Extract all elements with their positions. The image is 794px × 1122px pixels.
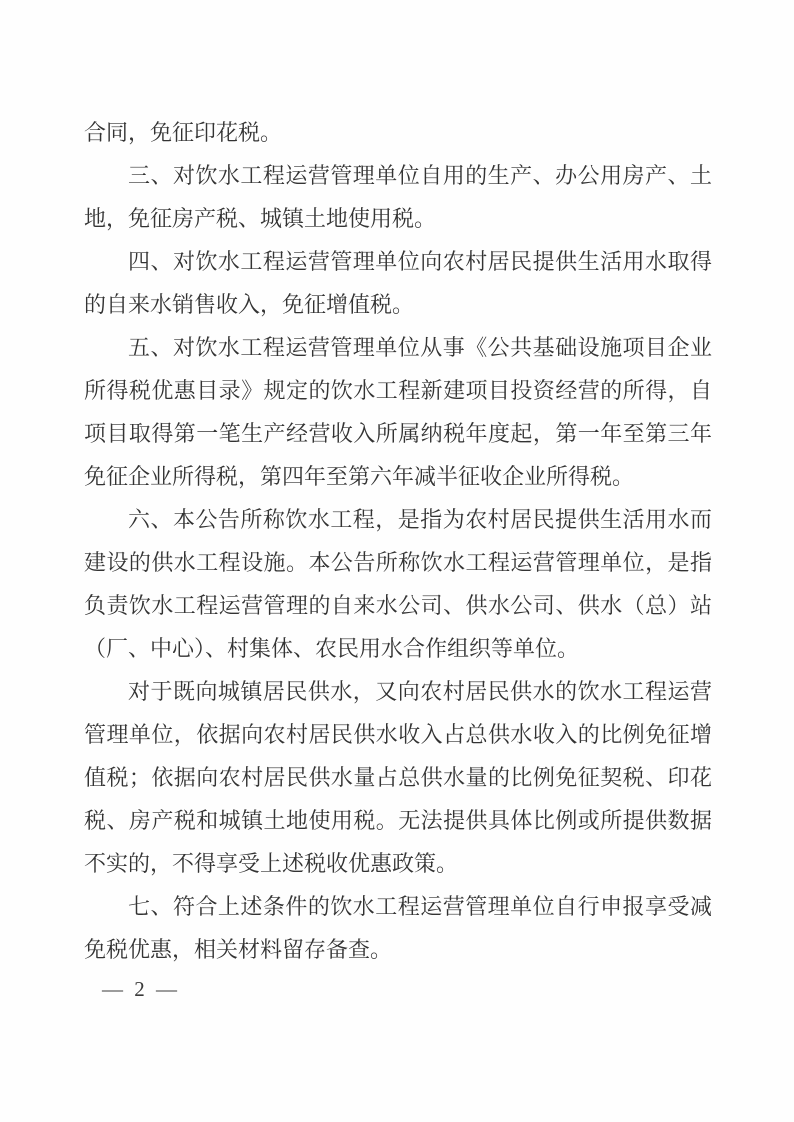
paragraph-supplementary: 对于既向城镇居民供水，又向农村居民供水的饮水工程运营管理单位，依据向农村居民供水… — [84, 670, 712, 885]
paragraph-item-3: 三、对饮水工程运营管理单位自用的生产、办公用房产、土地，免征房产税、城镇土地使用… — [84, 154, 712, 240]
paragraph-item-5: 五、对饮水工程运营管理单位从事《公共基础设施项目企业所得税优惠目录》规定的饮水工… — [84, 326, 712, 498]
paragraph-item-6: 六、本公告所称饮水工程，是指为农村居民提供生活用水而建设的供水工程设施。本公告所… — [84, 498, 712, 670]
page-number: — 2 — — [102, 974, 180, 1004]
paragraph-item-7: 七、符合上述条件的饮水工程运营管理单位自行申报享受减免税优惠，相关材料留存备查。 — [84, 885, 712, 971]
paragraph-item-4: 四、对饮水工程运营管理单位向农村居民提供生活用水取得的自来水销售收入，免征增值税… — [84, 240, 712, 326]
paragraph-continuation: 合同，免征印花税。 — [84, 111, 712, 154]
document-page: 合同，免征印花税。 三、对饮水工程运营管理单位自用的生产、办公用房产、土地，免征… — [0, 0, 794, 1122]
document-body: 合同，免征印花税。 三、对饮水工程运营管理单位自用的生产、办公用房产、土地，免征… — [84, 111, 712, 971]
